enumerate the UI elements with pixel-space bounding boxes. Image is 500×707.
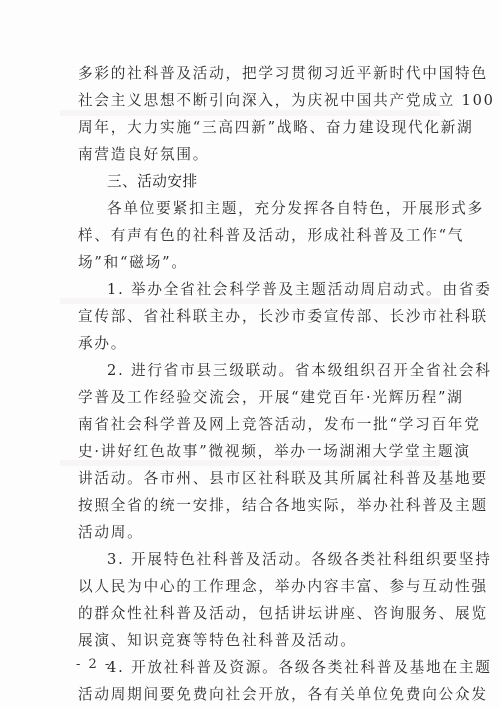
paragraph-line: 学普及工作经验交流会，开展“建党百年·光辉历程”湖: [78, 384, 428, 411]
paragraph-line: 周年，大力实施“三高四新”战略、奋力建设现代化新湖: [78, 114, 428, 141]
list-item-4: 4. 开放社科普及资源。各级各类社科普及基地在主题: [78, 654, 428, 681]
paragraph-line: 活动周。: [78, 519, 428, 546]
paragraph-line: 南营造良好氛围。: [78, 141, 428, 168]
document-page: 多彩的社科普及活动，把学习贯彻习近平新时代中国特色 社会主义思想不断引向深入，为…: [0, 0, 500, 707]
paragraph-line: 各单位要紧扣主题，充分发挥各自特色，开展形式多: [78, 195, 428, 222]
paragraph-line: 宣传部、省社科联主办，长沙市委宣传部、长沙市社科联: [78, 303, 428, 330]
paragraph-line: 南省社会科学普及网上竞答活动，发布一批“学习百年党: [78, 411, 428, 438]
list-item-1: 1. 举办全省社会科学普及主题活动周启动式。由省委: [78, 276, 428, 303]
page-number: - 2 -: [76, 657, 111, 672]
paragraph-line: 社会主义思想不断引向深入，为庆祝中国共产党成立 100: [78, 87, 428, 114]
paragraph-line: 展演、知识竞赛等特色社科普及活动。: [78, 627, 428, 654]
section-heading: 三、活动安排: [78, 168, 428, 195]
paragraph-line: 多彩的社科普及活动，把学习贯彻习近平新时代中国特色: [78, 60, 428, 87]
paragraph-line: 讲活动。各市州、县市区社科联及其所属社科普及基地要: [78, 465, 428, 492]
paragraph-line: 以人民为中心的工作理念，举办内容丰富、参与互动性强: [78, 573, 428, 600]
document-body: 多彩的社科普及活动，把学习贯彻习近平新时代中国特色 社会主义思想不断引向深入，为…: [78, 60, 428, 707]
paragraph-line: 场”和“磁场”。: [78, 249, 428, 276]
paragraph-line: 承办。: [78, 330, 428, 357]
paragraph-line: 史·讲好红色故事”微视频，举办一场湖湘大学堂主题演: [78, 438, 428, 465]
paragraph-line: 的群众性社科普及活动，包括讲坛讲座、咨询服务、展览: [78, 600, 428, 627]
paragraph-line: 样、有声有色的社科普及活动，形成社科普及工作“气: [78, 222, 428, 249]
paragraph-line: 按照全省的统一安排，结合各地实际，举办社科普及主题: [78, 492, 428, 519]
list-item-3: 3. 开展特色社科普及活动。各级各类社科组织要坚持: [78, 546, 428, 573]
paragraph-line: 活动周期间要免费向社会开放，各有关单位免费向公众发: [78, 681, 428, 707]
list-item-2: 2. 进行省市县三级联动。省本级组织召开全省社会科: [78, 357, 428, 384]
